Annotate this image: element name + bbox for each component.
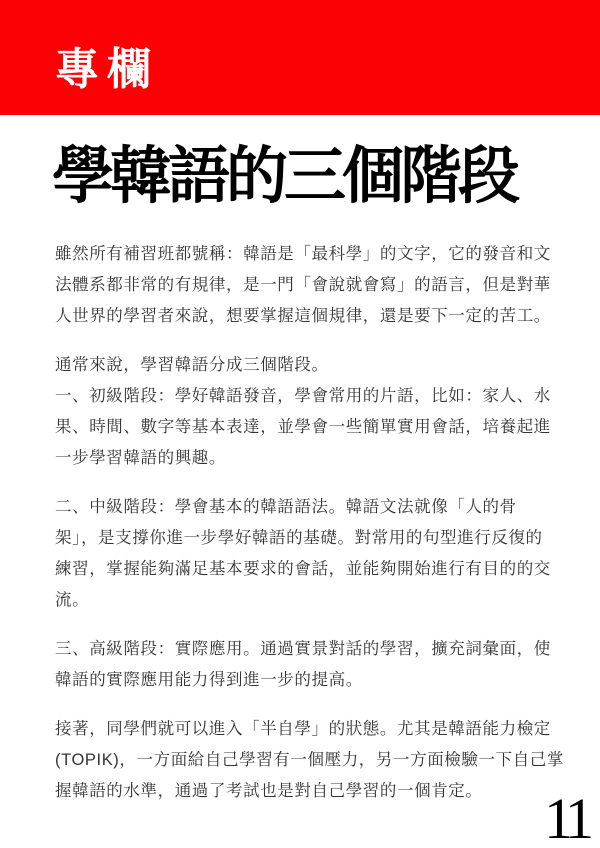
body-paragraph: 接著，同學們就可以進入「半自學」的狀態。尤其是韓語能力檢定 (TOPIK)，一方… bbox=[55, 714, 565, 807]
body-paragraph: 三、高級階段：實際應用。通過實景對話的學習，擴充詞彙面，使 韓語的實際應用能力得… bbox=[55, 634, 565, 696]
magazine-page: 專欄 學韓語的三個階段 雖然所有補習班都號稱：韓語是「最科學」的文字，它的發音和… bbox=[0, 0, 600, 848]
page-title: 學韓語的三個階段 bbox=[52, 143, 516, 211]
body-paragraph: 通常來說，學習韓語分成三個階段。 一、初級階段：學好韓語發音，學會常用的片語，比… bbox=[55, 350, 565, 474]
article-body: 雖然所有補習班都號稱：韓語是「最科學」的文字，它的發音和文 法體系都非常的有規律… bbox=[55, 239, 565, 825]
body-paragraph: 二、中級階段：學會基本的韓語語法。韓語文法就像「人的骨 架」，是支撐你進一步學好… bbox=[55, 492, 565, 616]
body-paragraph: 雖然所有補習班都號稱：韓語是「最科學」的文字，它的發音和文 法體系都非常的有規律… bbox=[55, 239, 565, 332]
header-band: 專欄 bbox=[0, 0, 600, 115]
page-number: 11 bbox=[544, 790, 588, 848]
column-label: 專欄 bbox=[55, 48, 159, 92]
